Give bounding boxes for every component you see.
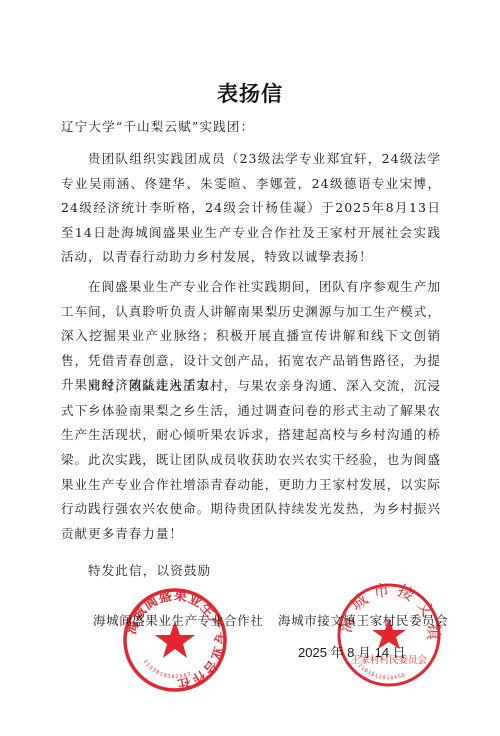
paragraph-text: 此次实践，既让团队成员收获助农兴农实干经验，也为阆盛果业生产专业合作社增添青春动… <box>61 448 441 546</box>
salutation: 辽宁大学“千山梨云赋”实践团： <box>61 117 254 135</box>
seal-stamp-left-icon: 海城阆盛果业生产专业合作社 2103810382582 <box>120 585 230 695</box>
letter-title: 表扬信 <box>0 78 500 108</box>
paragraph-4: 此次实践，既让团队成员收获助农兴农实干经验，也为阆盛果业生产专业合作社增添青春动… <box>61 448 441 546</box>
seal-stamp-right-icon: 海城市接文镇 王家村村民委员会 2103812018450 <box>335 580 443 690</box>
svg-text:2103810382582: 2103810382582 <box>142 659 193 680</box>
letter-page: 表扬信 辽宁大学“千山梨云赋”实践团： 贵团队组织实践团成员（23级法学专业郑宜… <box>0 0 500 736</box>
svg-text:王家村村民委员会: 王家村村民委员会 <box>351 654 428 666</box>
paragraph-text: 贵团队组织实践团成员（23级法学专业郑宜轩，24级法学专业吴雨涵、佟建华、朱雯暄… <box>61 147 441 270</box>
closing-line: 特发此信，以资鼓励 <box>88 561 211 579</box>
paragraph-1: 贵团队组织实践团成员（23级法学专业郑宜轩，24级法学专业吴雨涵、佟建华、朱雯暄… <box>61 147 441 270</box>
